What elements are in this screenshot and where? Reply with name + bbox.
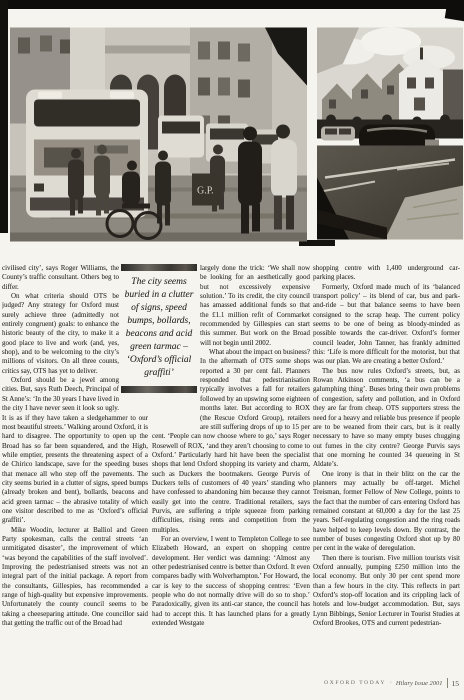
article-paragraph: For an overview, I went to Templeton Col…: [152, 535, 310, 628]
article-paragraph: Then there is tourism. Five million tour…: [313, 554, 460, 629]
scan-edge-artifact-left: [0, 0, 8, 233]
pull-quote-text: The city seems buried in a clutter of si…: [121, 271, 197, 386]
article-paragraph: The bus now rules Oxford’s streets, but,…: [313, 367, 460, 470]
publication-name: OXFORD TODAY: [324, 680, 386, 686]
footer-rule: [447, 678, 448, 688]
footer-separator: ·: [390, 680, 392, 686]
article-paragraph: Formerly, Oxford made much of its ‘balan…: [313, 283, 460, 367]
article-column-3: shopping centre with 1,400 underground c…: [313, 264, 460, 670]
pull-quote-top-bar: [121, 264, 197, 271]
issue-label: Hilary Issue 2001: [396, 680, 443, 687]
street-photo-gabled-buildings: [317, 27, 463, 240]
street-photo-buses-pedestrians: G.P.: [10, 27, 307, 242]
article-paragraph: One irony is that in their blitz on the …: [313, 470, 460, 554]
article-paragraph: shopping centre with 1,400 underground c…: [313, 264, 460, 283]
magazine-page: G.P.: [0, 0, 464, 700]
shopping-bag-label: G.P.: [197, 186, 214, 197]
scan-edge-artifact-corner: [445, 0, 464, 21]
scan-edge-artifact-top: [0, 0, 464, 9]
pull-quote: The city seems buried in a clutter of si…: [121, 264, 197, 393]
article-paragraph: Mike Woodin, lecturer at Balliol and Gre…: [2, 526, 148, 629]
page-footer: OXFORD TODAY · Hilary Issue 2001 15: [324, 678, 459, 688]
pull-quote-bottom-bar: [121, 386, 197, 393]
page-number: 15: [452, 679, 460, 688]
